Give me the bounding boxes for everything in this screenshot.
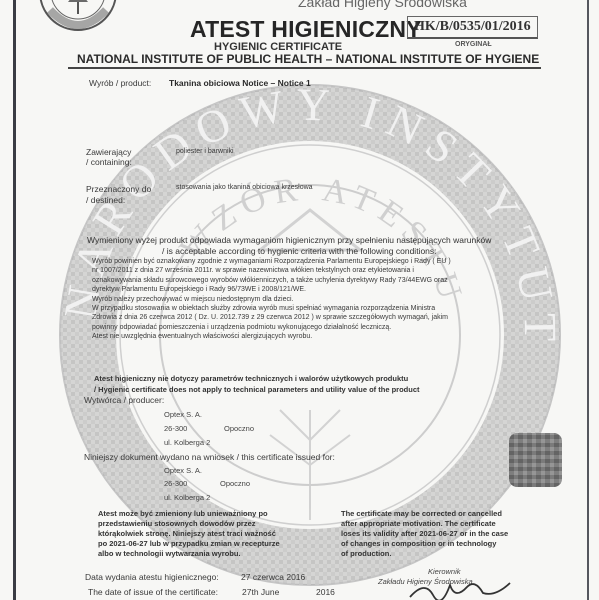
issued-for-street: ul. Kolberga 2 — [164, 493, 210, 502]
validity-line: którąkolwiek stronę. Niniejszy atest tra… — [98, 529, 280, 539]
product-label: Wyrób / product: — [89, 78, 151, 88]
certificate-page: NARODOWY INSTYTUT ZDROWIA PUBLICZNEGO WZ… — [0, 0, 599, 600]
conditions-line: Wyrób powinien być oznakowany zgodnie z … — [92, 257, 542, 266]
notice-pl: Atest higieniczny nie dotyczy parametrów… — [94, 374, 408, 383]
destined-label-pl: Przeznaczony do — [86, 184, 151, 194]
issue-date-label-en: The date of issue of the certificate: — [88, 587, 218, 597]
validity-text-pl: Atest może być zmieniony lub unieważnion… — [98, 509, 280, 559]
header-divider — [68, 67, 541, 69]
conditions-line: dyrektyw Parlamentu Europejskiego i Rady… — [92, 285, 542, 294]
conditions-body: Wyrób powinien być oznakowany zgodnie z … — [92, 257, 542, 342]
department-top-text: Zakład Higieny Środowiska — [298, 0, 467, 10]
producer-zip: 26-300 — [164, 424, 187, 433]
validity-line: of production. — [341, 549, 508, 559]
certificate-title: ATEST HIGIENICZNY — [190, 16, 422, 43]
destined-value: stosowania jako tkanina obiciowa krzesło… — [176, 184, 313, 191]
containing-value: poliester i barwniki — [176, 148, 234, 155]
producer-name: Optex S. A. — [164, 410, 202, 419]
page-border-left — [13, 0, 16, 600]
conditions-line: W przypadku stosowania w obiektach służb… — [92, 304, 542, 313]
notice-en: / Hygienic certificate does not apply to… — [94, 385, 420, 394]
validity-line: The certificate may be corrected or canc… — [341, 509, 508, 519]
issue-date-value-pl: 27 czerwca 2016 — [241, 572, 305, 582]
conditions-line: Wyrób należy przechowywać w miejscu nied… — [92, 295, 542, 304]
institute-name: NATIONAL INSTITUTE OF PUBLIC HEALTH – NA… — [77, 52, 539, 66]
issued-for-label: Niniejszy dokument wydano na wniosek / t… — [84, 452, 335, 462]
containing-label-en: / containing: — [86, 157, 132, 167]
validity-line: przedstawieniu stosownych dowodów przez — [98, 519, 280, 529]
product-value: Tkanina obiciowa Notice – Notice 1 — [169, 78, 311, 88]
producer-label: Wytwórca / producer: — [84, 395, 164, 405]
producer-street: ul. Kolberga 2 — [164, 438, 210, 447]
validity-line: loses its validity after 2021-06-27 or i… — [341, 529, 508, 539]
conditions-line: nr 1007/2011 z dnia 27 września 2011r. w… — [92, 266, 542, 275]
producer-city: Opoczno — [224, 424, 254, 433]
original-label: ORYGINAŁ — [455, 41, 492, 48]
issue-date-day-en: 27th June — [242, 587, 279, 597]
security-hologram — [509, 433, 562, 487]
signature-icon — [405, 575, 515, 600]
certificate-number: HK/B/0535/01/2016 — [407, 16, 538, 39]
issued-for-name: Optex S. A. — [164, 466, 202, 475]
conditions-heading-en: / is acceptable according to hygienic cr… — [162, 246, 437, 256]
validity-text-en: The certificate may be corrected or canc… — [341, 509, 508, 559]
issue-date-label-pl: Data wydania atestu higienicznego: — [85, 572, 219, 582]
validity-line: po 2021-06-27 lub w przypadku zmian w re… — [98, 539, 280, 549]
issue-date-year-en: 2016 — [316, 587, 335, 597]
conditions-line: oznakowywania składu surowcowego wyrobów… — [92, 276, 542, 285]
issued-for-zip: 26-300 — [164, 479, 187, 488]
validity-line: after appropriate motivation. The certif… — [341, 519, 508, 529]
destined-label-en: / destined: — [86, 195, 125, 205]
conditions-line: Zdrowia z dnia 26 czerwca 2012 ( Dz. U. … — [92, 313, 542, 322]
institute-emblem-icon — [38, 0, 118, 32]
validity-line: Atest może być zmieniony lub unieważnion… — [98, 509, 280, 519]
issued-for-city: Opoczno — [220, 479, 250, 488]
conditions-heading-pl: Wymieniony wyżej produkt odpowiada wymag… — [87, 235, 491, 245]
containing-label-pl: Zawierający — [86, 147, 131, 157]
validity-line: of changes in composition or in technolo… — [341, 539, 508, 549]
conditions-line: powinny odpowiadać pomieszczenia i urząd… — [92, 323, 542, 332]
conditions-line: Atest nie uwzględnia ewentualnych właści… — [92, 332, 542, 341]
validity-line: albo w technologii wytwarzania wyrobu. — [98, 549, 280, 559]
page-border-right — [587, 0, 589, 600]
